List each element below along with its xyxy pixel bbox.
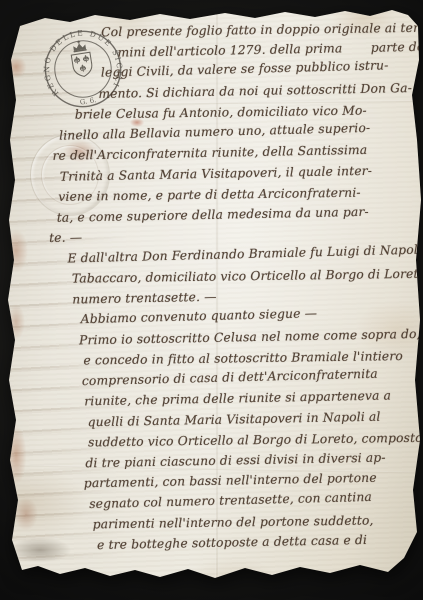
rust-stain	[0, 222, 32, 280]
rust-stain	[10, 492, 42, 536]
photograph-of-manuscript: REGNO DELLE DUE SICILIE G	[0, 0, 423, 600]
manuscript-paper: REGNO DELLE DUE SICILIE G	[0, 0, 423, 600]
photo-watermark: I.PIRGA	[377, 574, 417, 584]
paper-shadow-wrapper: REGNO DELLE DUE SICILIE G	[0, 0, 423, 600]
rust-stain	[2, 52, 30, 82]
manuscript-text-block: Col presente foglio fatto in doppio orig…	[45, 16, 423, 556]
rust-stain	[2, 415, 30, 495]
rust-stain	[4, 298, 28, 346]
